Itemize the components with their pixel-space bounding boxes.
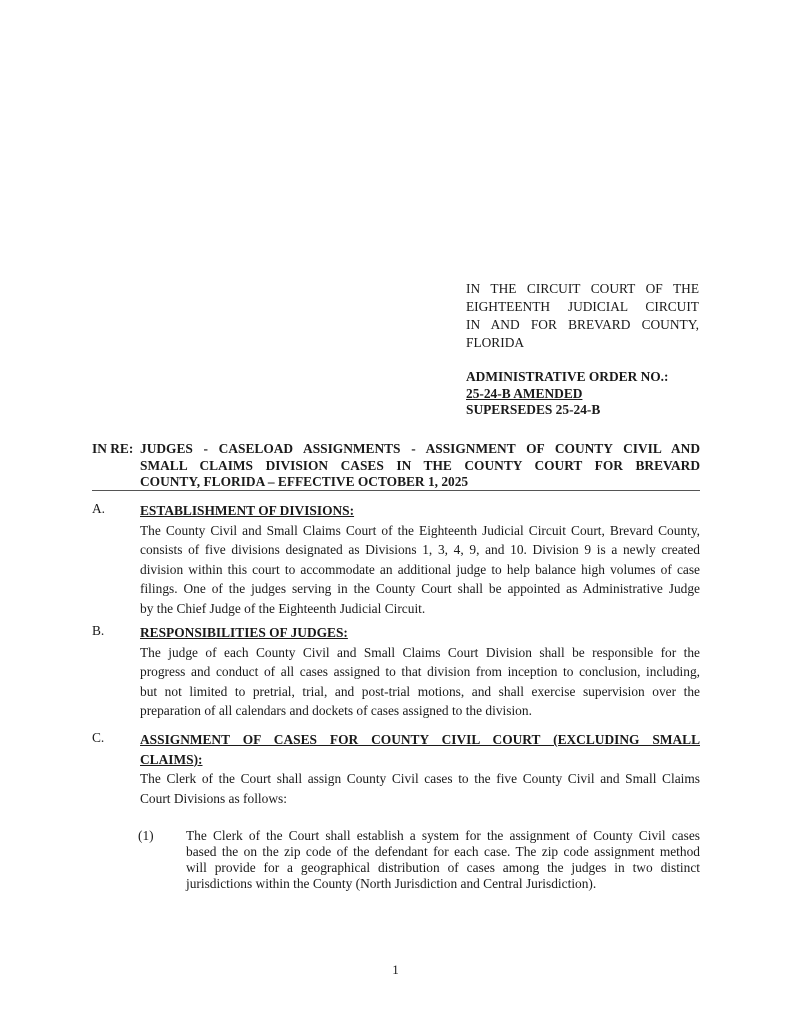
body-line: The Clerk of the Court shall assign Coun… <box>140 769 700 789</box>
document-page: IN THE CIRCUIT COURT OF THE EIGHTEENTH J… <box>0 0 791 1024</box>
in-re-line: SMALL CLAIMS DIVISION CASES IN THE COUNT… <box>140 458 700 475</box>
subsection-number: (1) <box>138 828 154 844</box>
in-re-line: JUDGES - CASELOAD ASSIGNMENTS - ASSIGNME… <box>140 441 700 458</box>
section-heading: ASSIGNMENT OF CASES FOR COUNTY CIVIL COU… <box>140 730 700 769</box>
section-body: The Clerk of the Court shall assign Coun… <box>140 769 700 808</box>
section-letter: A. <box>92 501 105 517</box>
body-line: but not limited to pretrial, trial, and … <box>140 682 700 702</box>
order-number: 25-24-B AMENDED <box>466 386 706 403</box>
in-re-label: IN RE: <box>92 441 140 458</box>
body-line: division within this court to accommodat… <box>140 560 700 580</box>
body-line: The County Civil and Small Claims Court … <box>140 521 700 541</box>
caption-line: IN THE CIRCUIT COURT OF THE <box>466 280 699 298</box>
section-letter: C. <box>92 730 104 746</box>
body-line: The Clerk of the Court shall establish a… <box>186 828 700 844</box>
section-letter: B. <box>92 623 104 639</box>
body-line: Court Divisions as follows: <box>140 789 700 809</box>
body-line: by the Chief Judge of the Eighteenth Jud… <box>140 599 700 619</box>
caption-line: EIGHTEENTH JUDICIAL CIRCUIT <box>466 298 699 316</box>
subsection-text: The Clerk of the Court shall establish a… <box>186 828 700 892</box>
body-line: based the on the zip code of the defenda… <box>186 844 700 860</box>
body-line: jurisdictions within the County (North J… <box>186 876 700 892</box>
caption-line: IN AND FOR BREVARD COUNTY, <box>466 316 699 334</box>
body-line: will provide for a geographical distribu… <box>186 860 700 876</box>
caption-line: FLORIDA <box>466 334 699 352</box>
section-heading: ESTABLISHMENT OF DIVISIONS: <box>140 501 700 521</box>
in-re-line: COUNTY, FLORIDA – EFFECTIVE OCTOBER 1, 2… <box>140 474 700 491</box>
body-line: filings. One of the judges serving in th… <box>140 579 700 599</box>
page-number: 1 <box>0 962 791 978</box>
order-label: ADMINISTRATIVE ORDER NO.: <box>466 369 706 386</box>
heading-line: CLAIMS): <box>140 750 700 770</box>
administrative-order-block: ADMINISTRATIVE ORDER NO.: 25-24-B AMENDE… <box>466 369 706 419</box>
body-line: preparation of all calendars and dockets… <box>140 701 700 721</box>
section-body: The judge of each County Civil and Small… <box>140 643 700 721</box>
body-line: consists of five divisions designated as… <box>140 540 700 560</box>
horizontal-divider <box>92 490 700 491</box>
order-supersedes: SUPERSEDES 25-24-B <box>466 402 706 419</box>
court-caption: IN THE CIRCUIT COURT OF THE EIGHTEENTH J… <box>466 280 699 352</box>
body-line: progress and conduct of all cases assign… <box>140 662 700 682</box>
in-re-title: JUDGES - CASELOAD ASSIGNMENTS - ASSIGNME… <box>140 441 700 491</box>
section-body: The County Civil and Small Claims Court … <box>140 521 700 619</box>
body-line: The judge of each County Civil and Small… <box>140 643 700 663</box>
section-heading: RESPONSIBILITIES OF JUDGES: <box>140 623 700 643</box>
heading-line: ASSIGNMENT OF CASES FOR COUNTY CIVIL COU… <box>140 730 700 750</box>
